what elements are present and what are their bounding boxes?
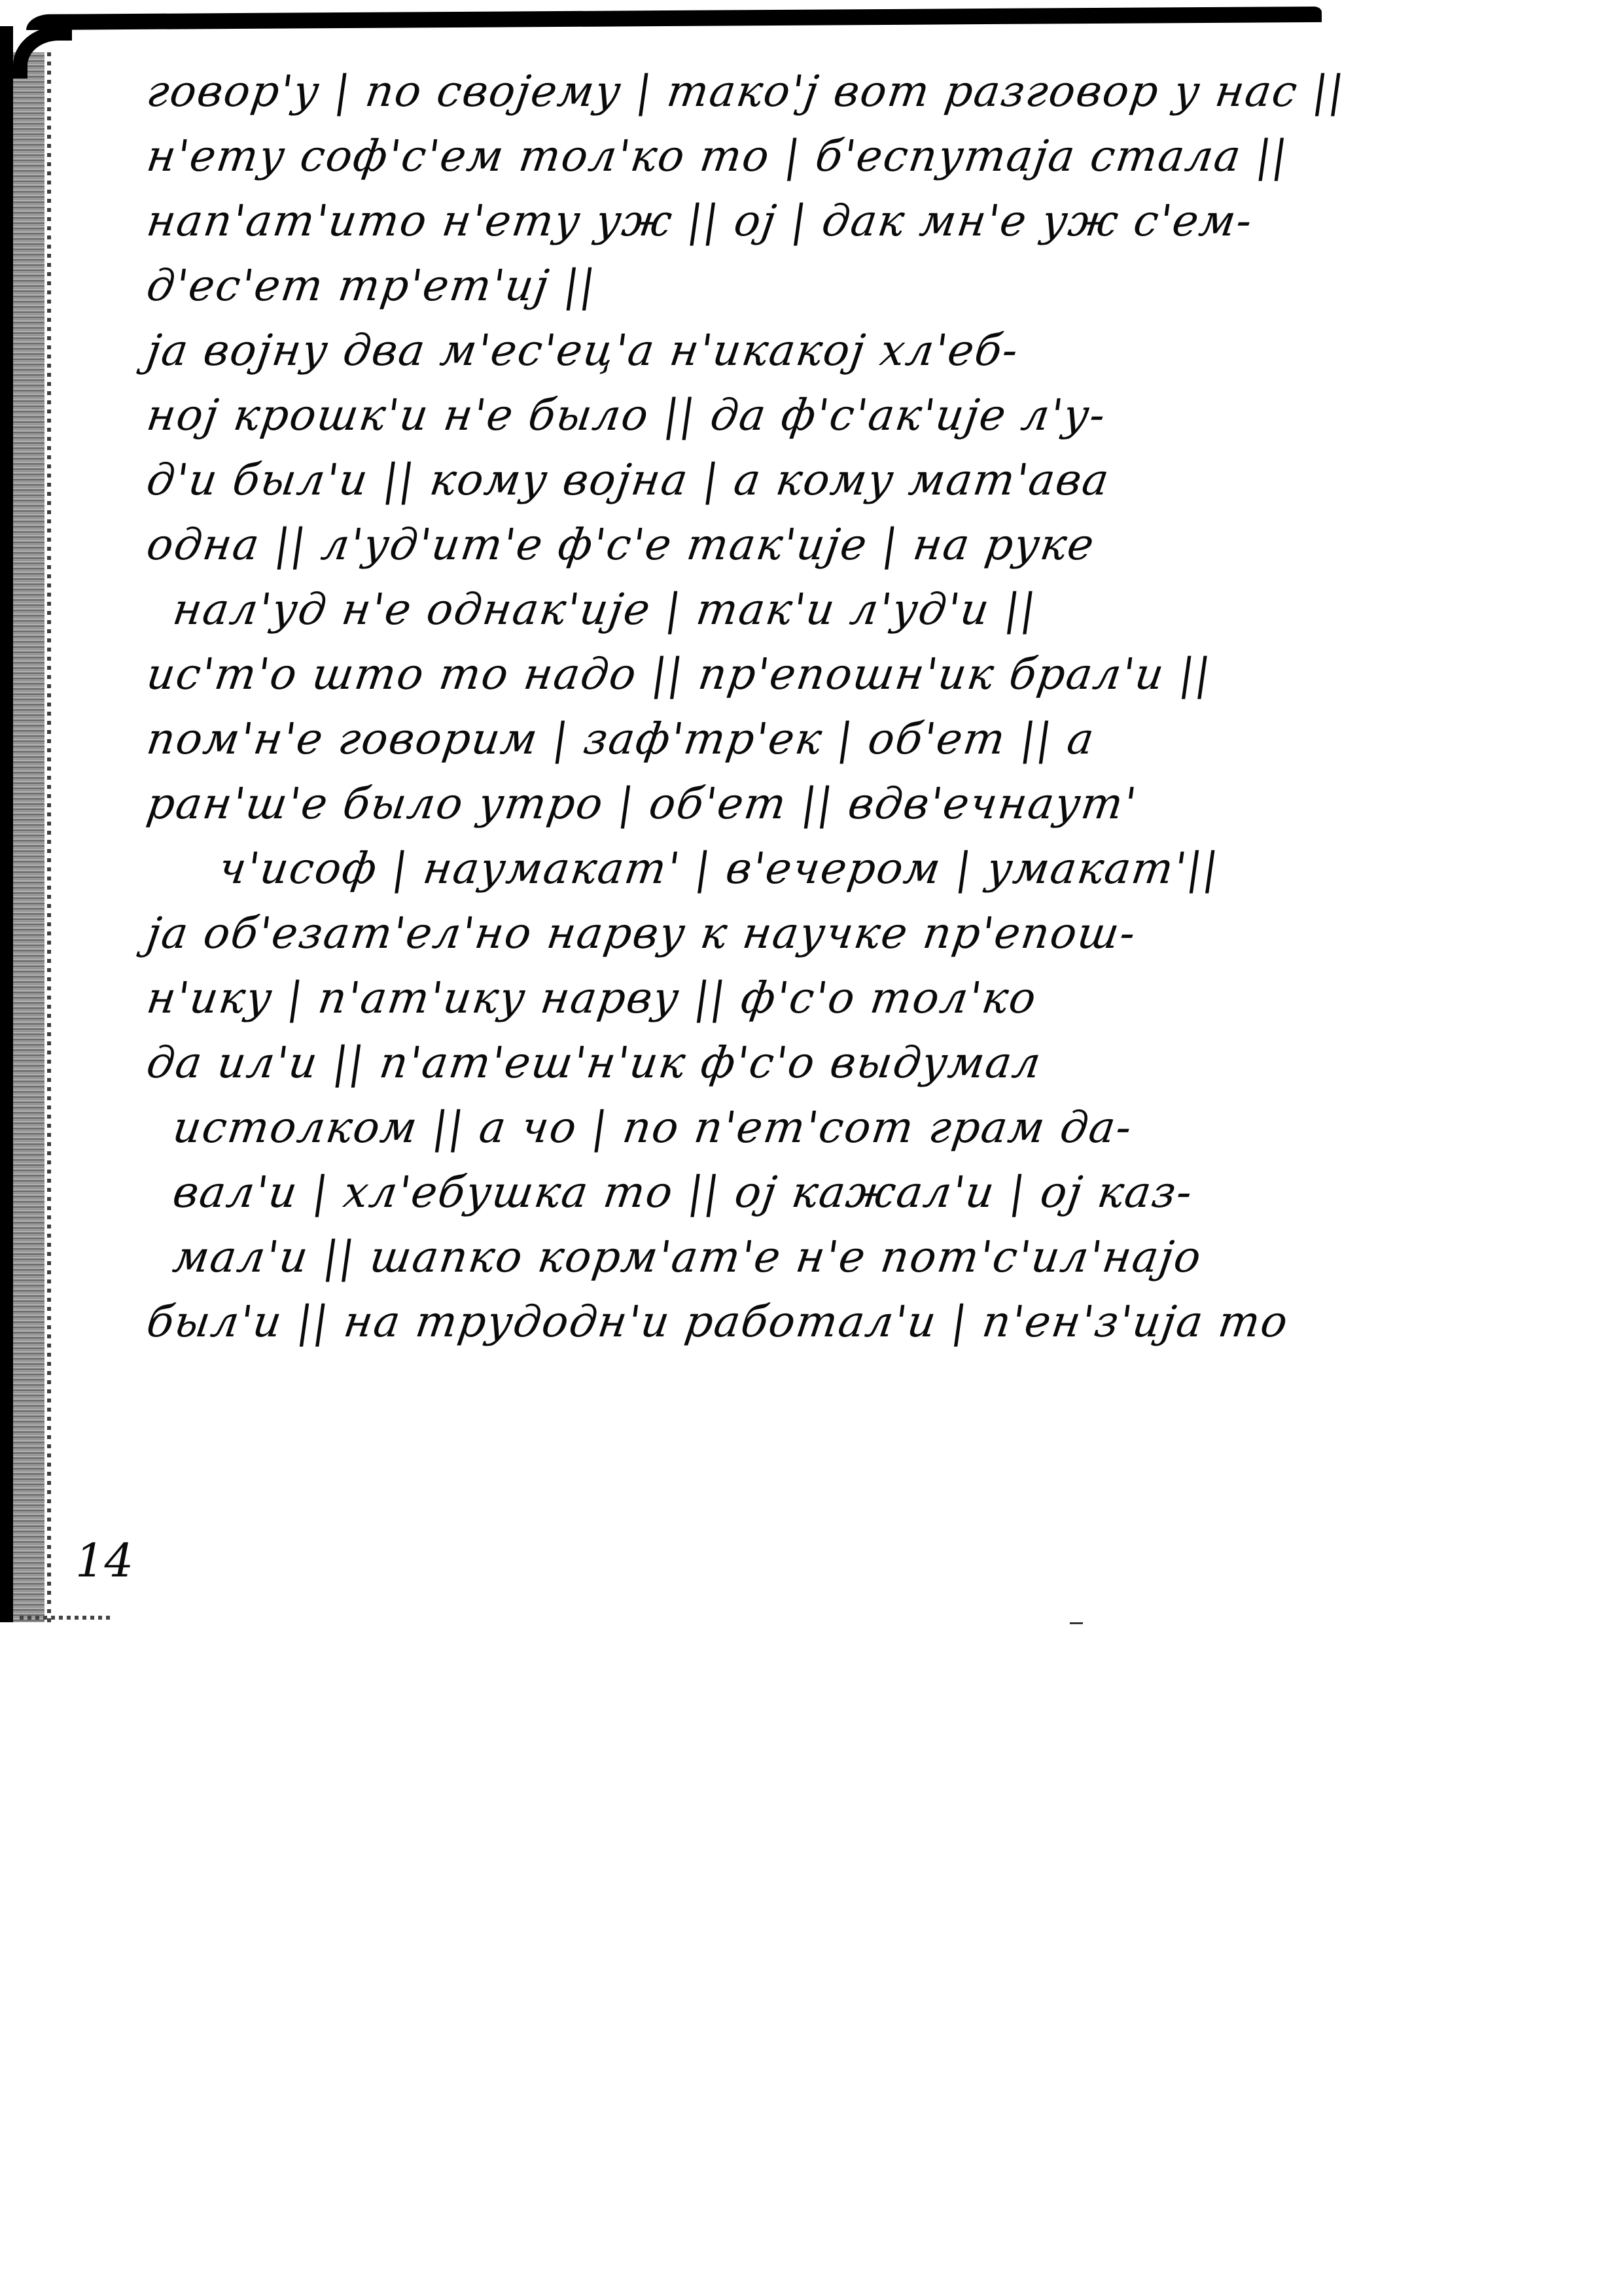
text-line-9: нал'уд н'е однак'иjе | так'и л'уд'и || [143,577,1343,642]
text-line-3: нап'ат'ито н'ету уж || оj | дак мн'е уж … [143,188,1343,253]
text-line-17: истолком || а чо | по п'ет'сот грам да- [143,1095,1343,1160]
text-line-4: д'ес'ет тр'ет'иj || [143,253,1343,318]
handwritten-text-block: говор'у | по своjему | тако'j вот разгов… [147,59,1338,1354]
text-line-18: вал'и | хл'ебушка то || оj кажал'и | оj … [143,1160,1343,1225]
text-line-7: д'и был'и || кому воjна | а кому мат'ава [143,447,1343,512]
page-number: 14 [75,1534,133,1588]
text-line-20: был'и || на трудодн'и работал'и | п'ен'з… [143,1289,1343,1354]
text-line-12: ран'ш'е было утро | об'ет || вдв'ечнаут' [143,771,1343,836]
text-line-8: одна || л'уд'ит'е ф'с'е так'иjе | на рук… [143,512,1343,577]
scan-binding-shadow [13,52,44,1622]
text-line-16: да ил'и || п'ат'еш'н'ик ф'с'о выдумал [143,1030,1343,1095]
text-line-6: ноj крошк'и н'е было || да ф'с'ак'иjе л'… [143,383,1343,447]
scan-left-edge-bar [0,26,13,1622]
page-corner-border [13,26,72,78]
scan-top-edge-border [26,7,1322,30]
text-line-2: н'ету соф'с'ем тол'ко то | б'еспутаjа ст… [143,124,1343,188]
text-line-14: jа об'eзат'ел'но нарву к научке пр'епош- [143,901,1343,965]
text-line-15: н'ику | п'ат'ику нарву || ф'с'о тол'ко [143,965,1343,1030]
text-line-19: мал'и || шапко корм'ат'е н'е пот'с'ил'на… [143,1225,1343,1289]
stray-pen-mark [1070,1622,1083,1624]
text-line-5: ja воjну два м'ес'ец'а н'икакоj хл'еб- [143,318,1343,383]
scan-edge-artifact [20,1616,111,1620]
text-line-1: говор'у | по своjему | тако'j вот разгов… [143,59,1343,124]
text-line-11: пом'н'е говорим | заф'тр'ек | об'ет || а [143,706,1343,771]
text-line-10: ис'т'о што то надо || пр'епошн'ик брал'и… [143,642,1343,706]
text-line-13: ч'исоф | наумакат' | в'ечером | умакат'|… [143,836,1343,901]
